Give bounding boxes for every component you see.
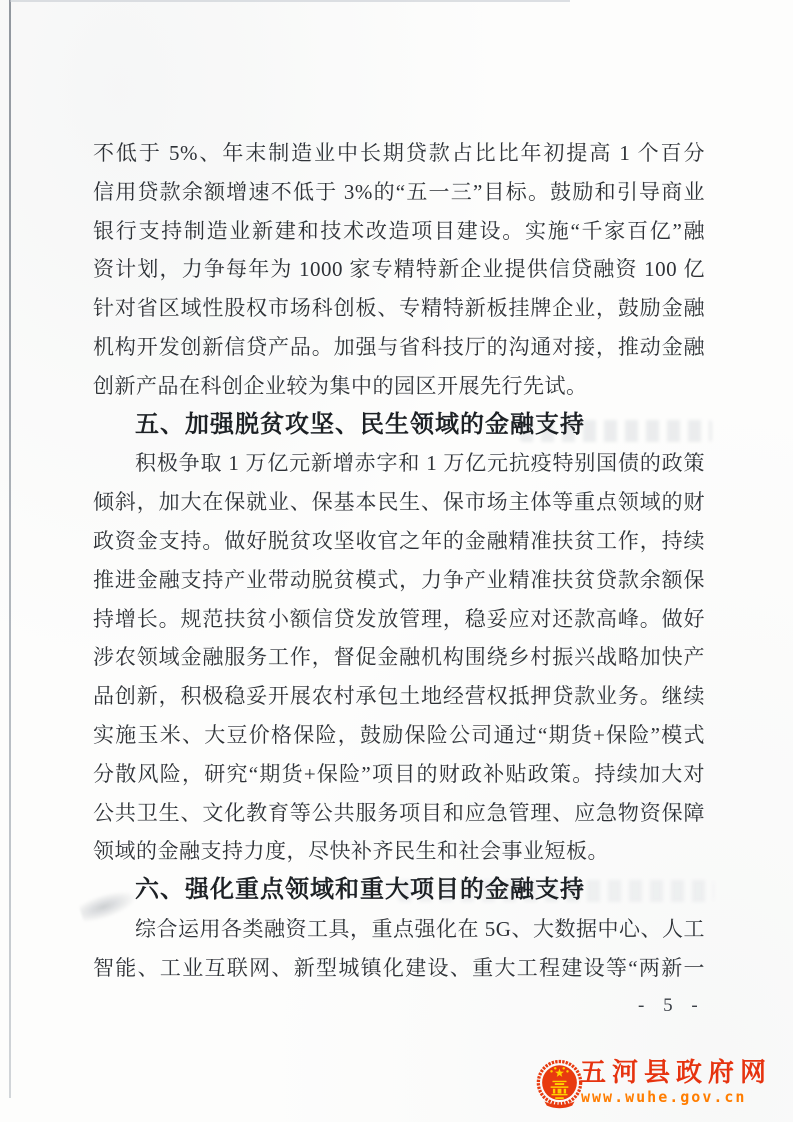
body-line: 创新产品在科创企业较为集中的园区开展先行先试。 [93, 367, 705, 406]
gov-site-watermark: 五河县政府网 www.wuhe.gov.cn [536, 1056, 776, 1116]
body-line: 针对省区域性股权市场科创板、专精特新板挂牌企业，鼓励金融 [93, 289, 705, 328]
body-line: 品创新，积极稳妥开展农村承包土地经营权抵押贷款业务。继续 [93, 677, 705, 716]
body-line: 推进金融支持产业带动脱贫模式，力争产业精准扶贫贷款余额保 [93, 561, 705, 600]
body-line: 公共卫生、文化教育等公共服务项目和应急管理、应急物资保障 [93, 794, 705, 833]
body-line: 资计划，力争每年为 1000 家专精特新企业提供信贷融资 100 亿元， [93, 250, 705, 289]
scan-edge-line-top [10, 0, 570, 2]
page-number: - 5 - [638, 995, 703, 1017]
body-line: 不低于 5%、年末制造业中长期贷款占比比年初提高 1 个百分点、 [93, 134, 705, 173]
body-line: 持增长。规范扶贫小额信贷发放管理，稳妥应对还款高峰。做好 [93, 600, 705, 639]
body-line: 涉农领域金融服务工作，督促金融机构围绕乡村振兴战略加快产 [93, 638, 705, 677]
gov-site-url: www.wuhe.gov.cn [581, 1089, 776, 1106]
document-text-block: 不低于 5%、年末制造业中长期贷款占比比年初提高 1 个百分点、 信用贷款余额增… [93, 134, 705, 988]
scanned-document-page: 不低于 5%、年末制造业中长期贷款占比比年初提高 1 个百分点、 信用贷款余额增… [0, 0, 793, 1122]
scan-edge-line [9, 0, 11, 1098]
section-heading-5: 五、加强脱贫攻坚、民生领域的金融支持 [93, 406, 705, 445]
body-line: 分散风险，研究“期货+保险”项目的财政补贴政策。持续加大对 [93, 755, 705, 794]
body-line: 积极争取 1 万亿元新增赤字和 1 万亿元抗疫特别国债的政策 [93, 444, 705, 483]
national-emblem-icon [536, 1058, 583, 1112]
body-line: 智能、工业互联网、新型城镇化建设、重大工程建设等“两新一 [93, 949, 705, 988]
body-line: 机构开发创新信贷产品。加强与省科技厅的沟通对接，推动金融 [93, 328, 705, 367]
section-heading-6: 六、强化重点领域和重大项目的金融支持 [93, 871, 705, 910]
body-line: 政资金支持。做好脱贫攻坚收官之年的金融精准扶贫工作，持续 [93, 522, 705, 561]
body-line: 信用贷款余额增速不低于 3%的“五一三”目标。鼓励和引导商业 [93, 173, 705, 212]
body-line: 领域的金融支持力度，尽快补齐民生和社会事业短板。 [93, 832, 705, 871]
body-line: 银行支持制造业新建和技术改造项目建设。实施“千家百亿”融 [93, 212, 705, 251]
body-line: 实施玉米、大豆价格保险，鼓励保险公司通过“期货+保险”模式 [93, 716, 705, 755]
body-line: 综合运用各类融资工具，重点强化在 5G、大数据中心、人工 [93, 910, 705, 949]
gov-site-name: 五河县政府网 [580, 1058, 776, 1086]
body-line: 倾斜，加大在保就业、保基本民生、保市场主体等重点领域的财 [93, 483, 705, 522]
